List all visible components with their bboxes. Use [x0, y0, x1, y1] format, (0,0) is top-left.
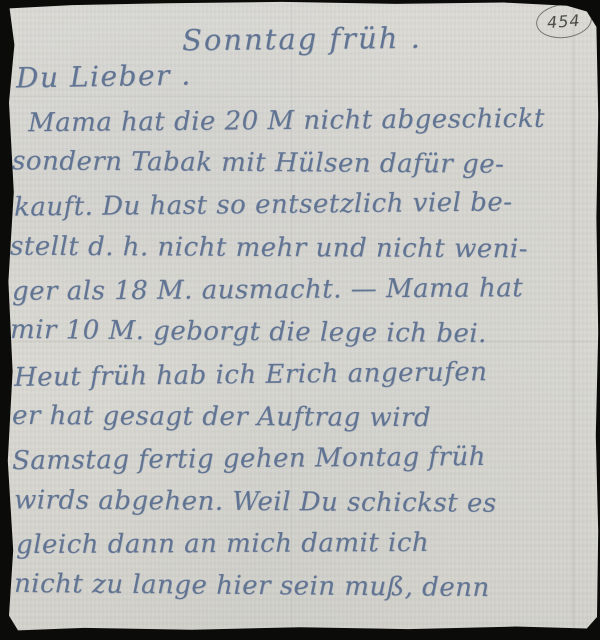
handwritten-line: Samstag fertig gehen Montag früh	[12, 442, 486, 476]
handwritten-line: stellt d. h. nicht mehr und nicht weni-	[10, 232, 528, 265]
handwritten-line: wirds abgehen. Weil Du schickst es	[14, 485, 497, 518]
page-number: 454	[547, 10, 582, 31]
salutation: Du Lieber .	[16, 58, 192, 94]
handwritten-line: er hat gesagt der Auftrag wird	[12, 401, 431, 433]
fold-crease-horizontal-top	[0, 96, 600, 99]
handwritten-line: ger als 18 M. ausmacht. — Mama hat	[12, 273, 523, 307]
handwritten-line: nicht zu lange hier sein muß, denn	[14, 569, 490, 603]
handwritten-line: kauft. Du hast so entsetzlich viel be-	[14, 187, 513, 222]
handwritten-line: Heut früh hab ich Erich angerufen	[14, 357, 488, 393]
handwritten-line: sondern Tabak mit Hülsen dafür ge-	[12, 146, 505, 179]
handwritten-line: Mama hat die 20 M nicht abgeschickt	[28, 104, 545, 139]
date-line: Sonntag früh .	[182, 21, 422, 58]
scan-background: 454 Sonntag früh . Du Lieber . Mama hat …	[0, 0, 600, 640]
handwritten-line: mir 10 M. geborgt die lege ich bei.	[10, 315, 487, 349]
fold-crease-vertical-right	[572, 0, 575, 640]
handwritten-line: gleich dann an mich damit ich	[16, 528, 429, 560]
letter-paper: 454 Sonntag früh . Du Lieber . Mama hat …	[0, 0, 600, 640]
page-number-badge: 454	[534, 1, 594, 42]
